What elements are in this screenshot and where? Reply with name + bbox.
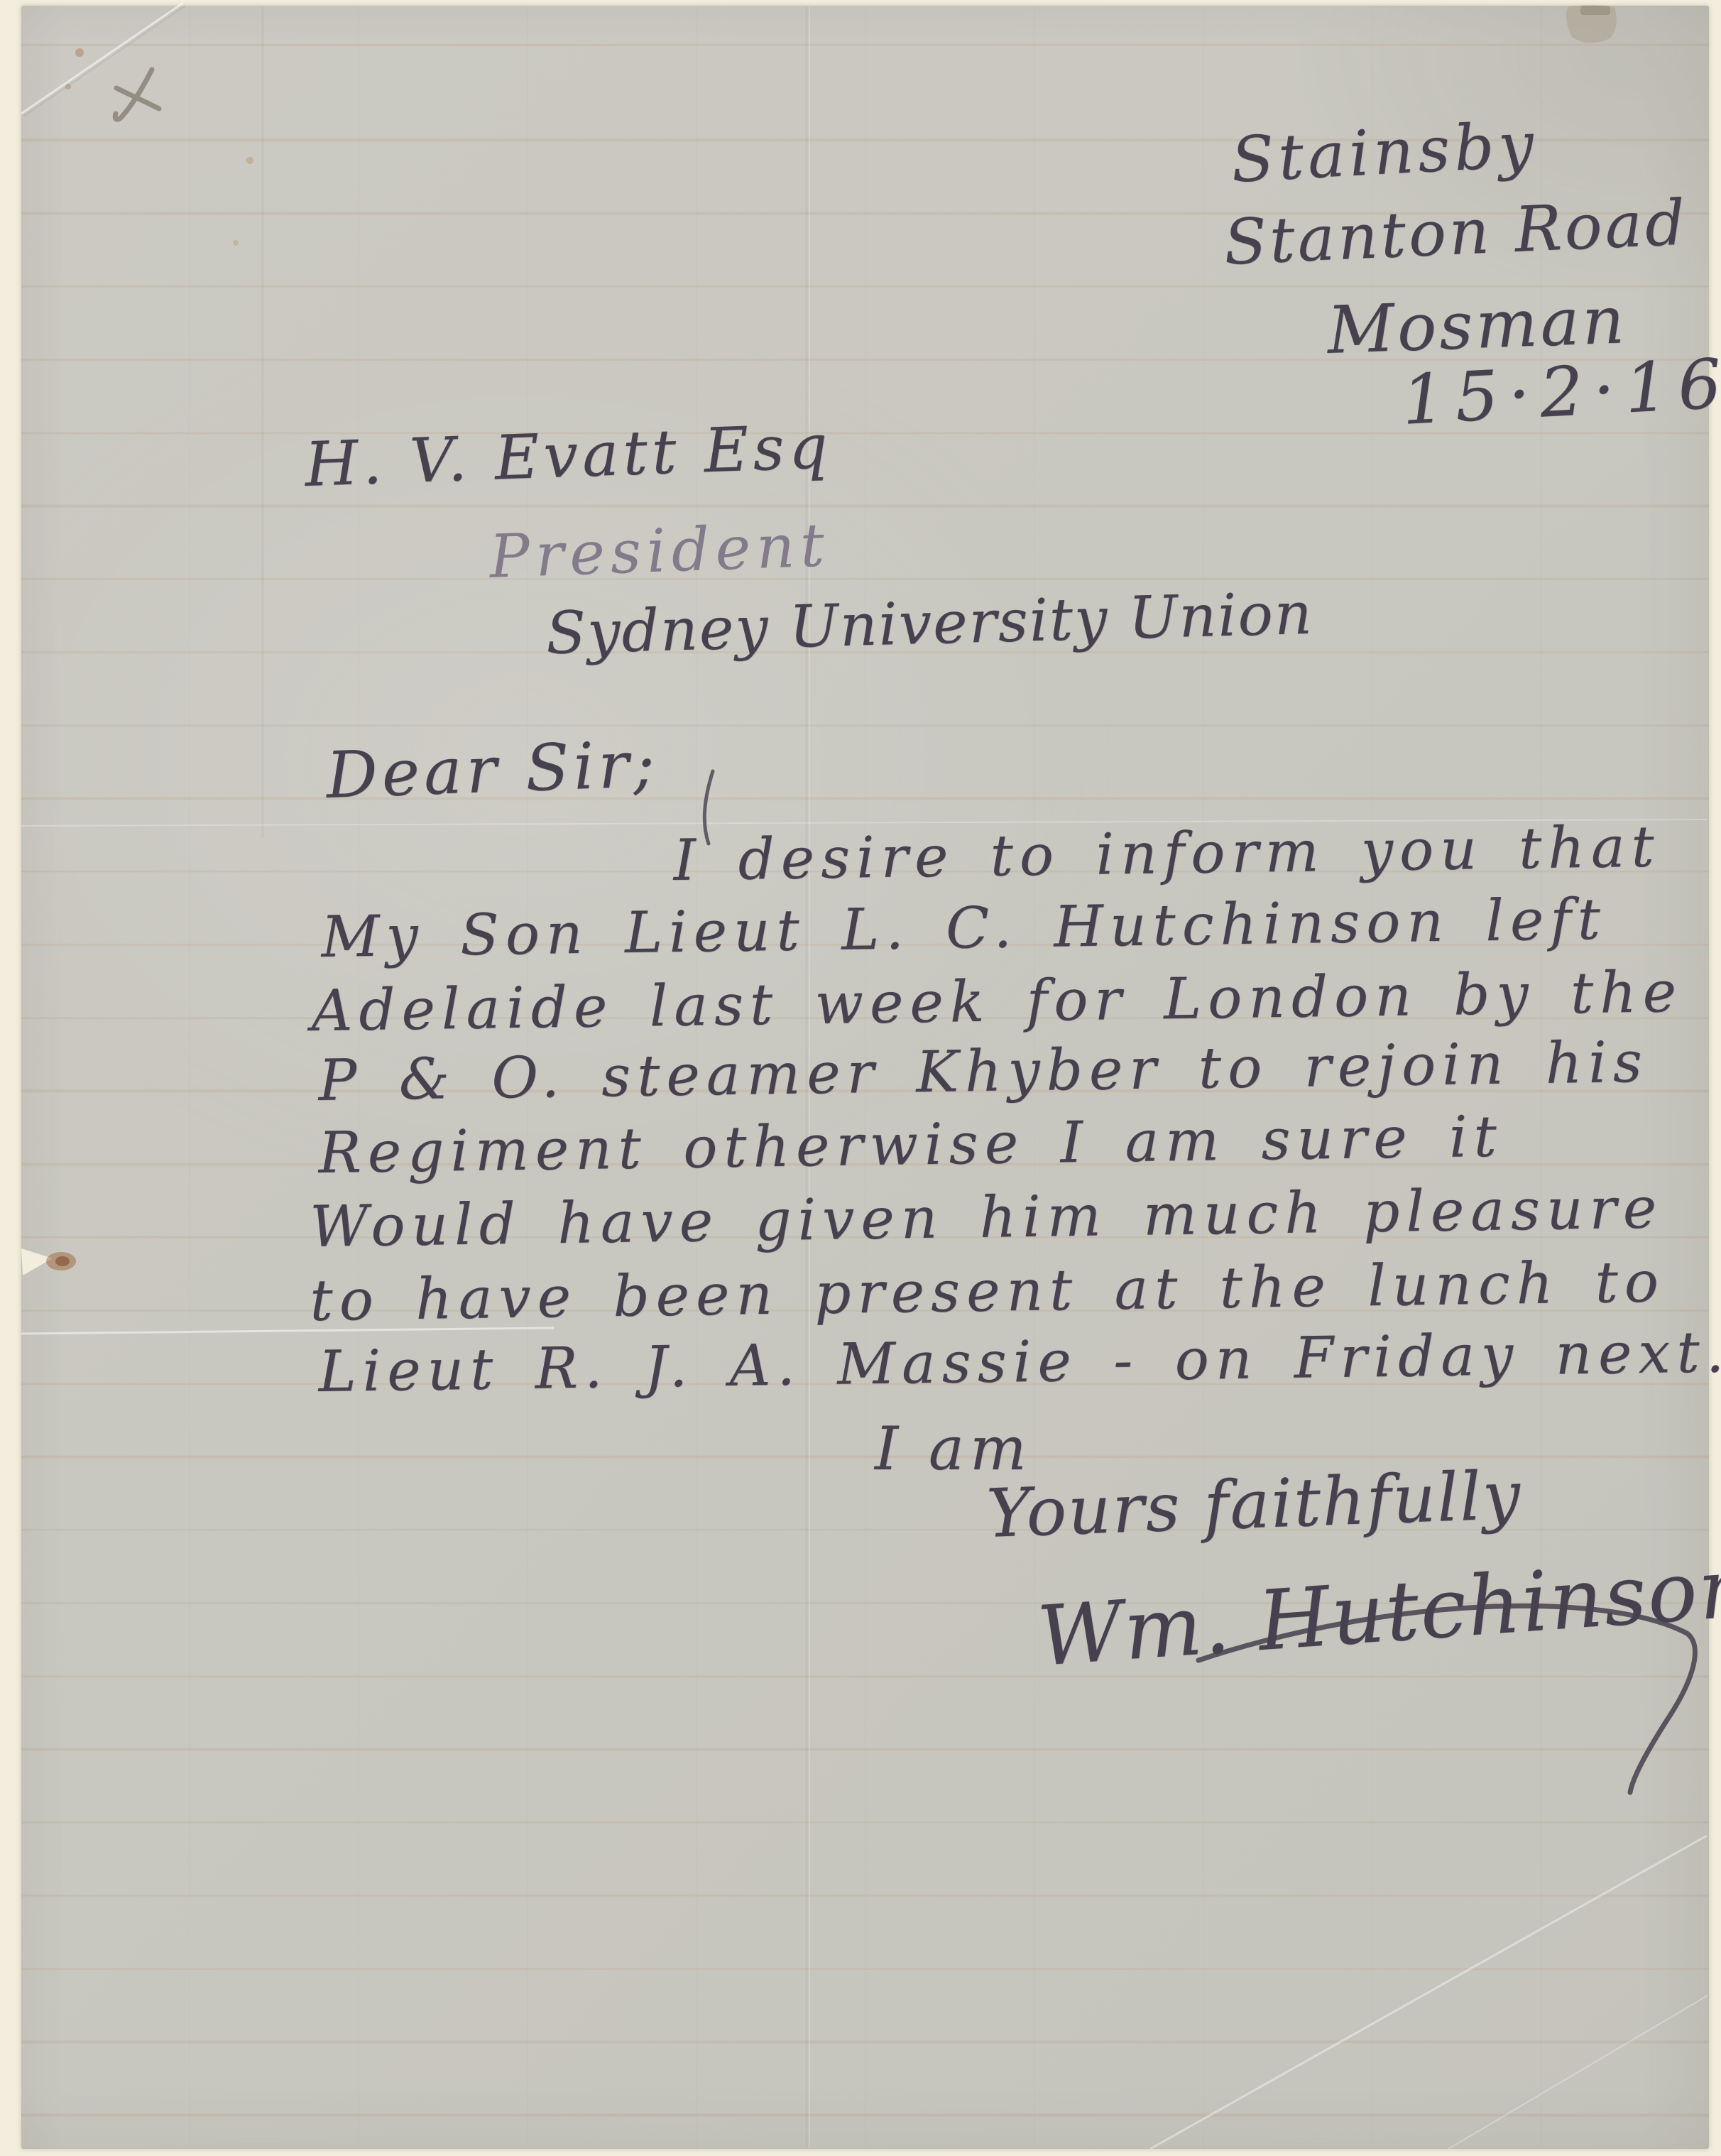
stain-speck-2 — [65, 84, 71, 89]
crease-top-left — [21, 3, 183, 114]
closing-i-am: I am — [875, 1419, 1032, 1479]
scan-background: Stainsby Stanton Road Mosman 15·2·16 H. … — [0, 0, 1721, 2156]
heading-house-name: Stainsby — [1230, 113, 1539, 191]
stain-speck-4 — [233, 240, 239, 246]
salutation: Dear Sir; — [325, 733, 660, 808]
heading-date: 15·2·16 — [1400, 349, 1721, 435]
stain-speck-3 — [246, 157, 253, 164]
body-line-1: I desire to inform you that — [673, 819, 1661, 889]
stain-left-edge-core — [55, 1256, 70, 1266]
pencil-x-mark — [115, 70, 159, 119]
body-line-5: Regiment otherwise I am sure it — [318, 1109, 1503, 1182]
heading-street: Stanton Road — [1223, 191, 1689, 273]
stain-speck-1 — [75, 48, 84, 57]
body-line-2: My Son Lieut L. C. Hutchinson left — [321, 891, 1607, 966]
closing-yours-faithfully: Yours faithfully — [985, 1463, 1523, 1548]
recipient-name: H. V. Evatt Esq — [304, 416, 833, 496]
crease-bottom-right-1 — [1150, 1836, 1707, 2149]
crease-bottom-right-2 — [1448, 1996, 1708, 2149]
recipient-title: President — [488, 515, 831, 587]
damage-notch-top-right — [1580, 6, 1610, 15]
crease-top-left-shadow — [23, 6, 185, 116]
